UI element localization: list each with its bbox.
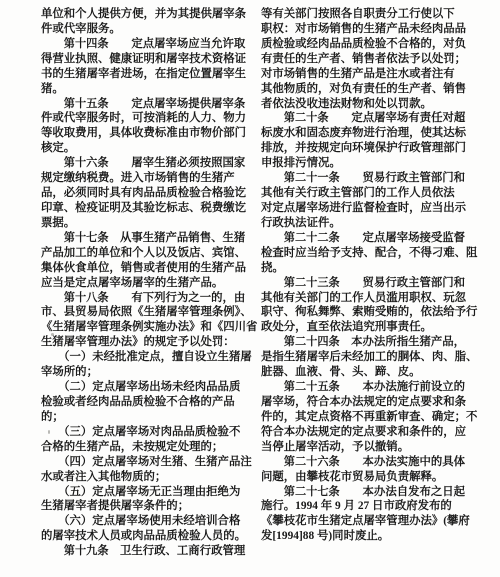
text-line: 规定缴纳税费。进入市场销售的生猪产 — [41, 171, 249, 186]
text-line: （四）定点屠宰场对生猪、生猪产品注 — [41, 455, 249, 470]
text-line: 印章、检疫证明及其验讫标志、税费缴讫 — [41, 201, 249, 216]
text-column-left: 单位和个人提供方便，并为其提供屠宰条件或代宰服务。 第十四条 定点屠宰场应当允许… — [41, 7, 249, 559]
text-line: （三）定点屠宰场对肉品品质检验不 — [41, 425, 249, 440]
text-line: 有责任的生产者、销售者依法予以处罚； — [261, 52, 475, 67]
text-line: 的； — [41, 410, 249, 425]
text-line: 第二十六条 本办法实施中的具体 — [261, 455, 475, 470]
text-line: 问题，由攀枝花市贸易局负责解释。 — [261, 470, 475, 485]
text-line: 职权：对市场销售的生猪产品未经肉品品 — [261, 22, 475, 37]
text-line: 应当是定点屠宰场屠宰的生猪产品。 — [41, 276, 249, 291]
text-line: 脏器、血液、骨、头、蹄、皮。 — [261, 365, 475, 380]
text-line: 者依法没收违法财物和处以罚款。 — [261, 97, 475, 112]
text-column-right: 等有关部门按照各自职责分工行使以下职权：对市场销售的生猪产品未经肉品品质检验或经… — [261, 7, 475, 544]
text-line: 的屠宰技术人员或肉品品质检验人员的。 — [41, 529, 249, 544]
text-line: 第二十七条 本办法自发布之日起 — [261, 485, 475, 500]
text-line: 票据。 — [41, 216, 249, 231]
text-line: （五）定点屠宰场无正当理由拒绝为 — [41, 485, 249, 500]
text-line: 第十四条 定点屠宰场应当允许取 — [41, 37, 249, 52]
text-line: 第二十四条 本办法所指生猪产品， — [261, 335, 475, 350]
scan-speck — [431, 520, 435, 522]
text-line: 排放，并按规定向环境保护行政管理部门 — [261, 141, 475, 156]
text-line: 第十七条 从事生猪产品销售、生猪 — [41, 231, 249, 246]
text-line: 行政执法证件。 — [261, 216, 475, 231]
text-line: 生猪屠宰管理办法》的规定予以处罚： — [41, 335, 249, 350]
scan-speck — [48, 430, 50, 434]
text-line: 其他物质的，对负有责任的生产者、销售 — [261, 82, 475, 97]
text-line: 等有关部门按照各自职责分工行使以下 — [261, 7, 475, 22]
text-line: 发[1994]88 号)同时废止。 — [261, 529, 475, 544]
text-line: 第二十三条 贸易行政主管部门和 — [261, 276, 475, 291]
text-line: 职守、徇私舞弊、索贿受贿的，依法给予行 — [261, 305, 475, 320]
text-line: 件或代宰服务时，可按消耗的人力、物力 — [41, 111, 249, 126]
text-line: 标废水和固态废弃物进行治理，使其达标 — [261, 126, 475, 141]
text-line: 第二十二条 定点屠宰场接受监督 — [261, 231, 475, 246]
text-line: 屠宰场，符合本办法规定的定点要求和条 — [261, 395, 475, 410]
text-line: 《生猪屠宰管理条例实施办法》和《四川省 — [41, 320, 249, 335]
text-line: 品，必须同时具有肉品品质检验合格验讫 — [41, 186, 249, 201]
scanned-document-page: 单位和个人提供方便，并为其提供屠宰条件或代宰服务。 第十四条 定点屠宰场应当允许… — [0, 0, 500, 577]
text-line: （六）定点屠宰场使用未经培训合格 — [41, 514, 249, 529]
text-line: 得营业执照、健康证明和屠宰技术资格证 — [41, 52, 249, 67]
text-line: （一）未经批准定点，擅自设立生猪屠 — [41, 350, 249, 365]
text-line: 核定。 — [41, 141, 249, 156]
text-line: 对定点屠宰场进行监督检查时，应当出示 — [261, 201, 475, 216]
text-line: 质检验或经肉品品质检验不合格的，对负 — [261, 37, 475, 52]
scan-speck — [51, 333, 54, 336]
text-line: 其他有关行政主管部门的工作人员依法 — [261, 186, 475, 201]
text-line: （二）定点屠宰场出场未经肉品品质 — [41, 380, 249, 395]
text-line: 挠。 — [261, 261, 475, 276]
text-line: 书的生猪屠宰者进场，在指定位置屠宰生 — [41, 67, 249, 82]
text-line: 检验或者经肉品品质检验不合格的产品 — [41, 395, 249, 410]
text-line: 集体伙食单位，销售或者使用的生猪产品 — [41, 261, 249, 276]
text-line: 件或代宰服务。 — [41, 22, 249, 37]
text-line: 政处分，直至依法追究刑事责任。 — [261, 320, 475, 335]
text-line: 单位和个人提供方便，并为其提供屠宰条 — [41, 7, 249, 22]
text-line: 第十九条 卫生行政、工商行政管理 — [41, 544, 249, 559]
text-line: 《攀枝花市生猪定点屠宰管理办法》(攀府 — [261, 514, 475, 529]
text-line: 其他有关部门的工作人员滥用职权、玩忽 — [261, 291, 475, 306]
text-line: 生猪屠宰者提供屠宰条件的； — [41, 499, 249, 514]
text-line: 申报排污情况。 — [261, 156, 475, 171]
text-line: 猪。 — [41, 82, 249, 97]
text-line: 件的，其定点资格不再重新审查、确定；不 — [261, 410, 475, 425]
text-line: 第十六条 屠宰生猪必须按照国家 — [41, 156, 249, 171]
text-line: 检查时应当给予支持、配合，不得刁难、阻 — [261, 246, 475, 261]
text-line: 等收取费用，具体收费标准由市物价部门 — [41, 126, 249, 141]
text-line: 产品加工的单位和个人以及饭店、宾馆、 — [41, 246, 249, 261]
text-line: 施行。1994 年 9 月 27 日市政府发布的 — [261, 499, 475, 514]
text-line: 第十五条 定点屠宰场提供屠宰条 — [41, 97, 249, 112]
text-line: 第十八条 有下列行为之一的，由 — [41, 291, 249, 306]
text-line: 水或者注入其他物质的； — [41, 470, 249, 485]
text-line: 第二十条 定点屠宰场有责任对超 — [261, 111, 475, 126]
text-line: 第二十五条 本办法施行前设立的 — [261, 380, 475, 395]
text-line: 市、县贸易局依照《生猪屠宰管理条例》、 — [41, 305, 249, 320]
text-line: 当停止屠宰活动，予以撤销。 — [261, 440, 475, 455]
text-line: 对市场销售的生猪产品是注水或者注有 — [261, 67, 475, 82]
text-line: 合格的生猪产品，未按规定处理的； — [41, 440, 249, 455]
text-line: 是指生猪屠宰后未经加工的胴体、肉、脂、 — [261, 350, 475, 365]
text-line: 宰场所的； — [41, 365, 249, 380]
text-line: 第二十一条 贸易行政主管部门和 — [261, 171, 475, 186]
text-line: 符合本办法规定的定点要求和条件的，应 — [261, 425, 475, 440]
